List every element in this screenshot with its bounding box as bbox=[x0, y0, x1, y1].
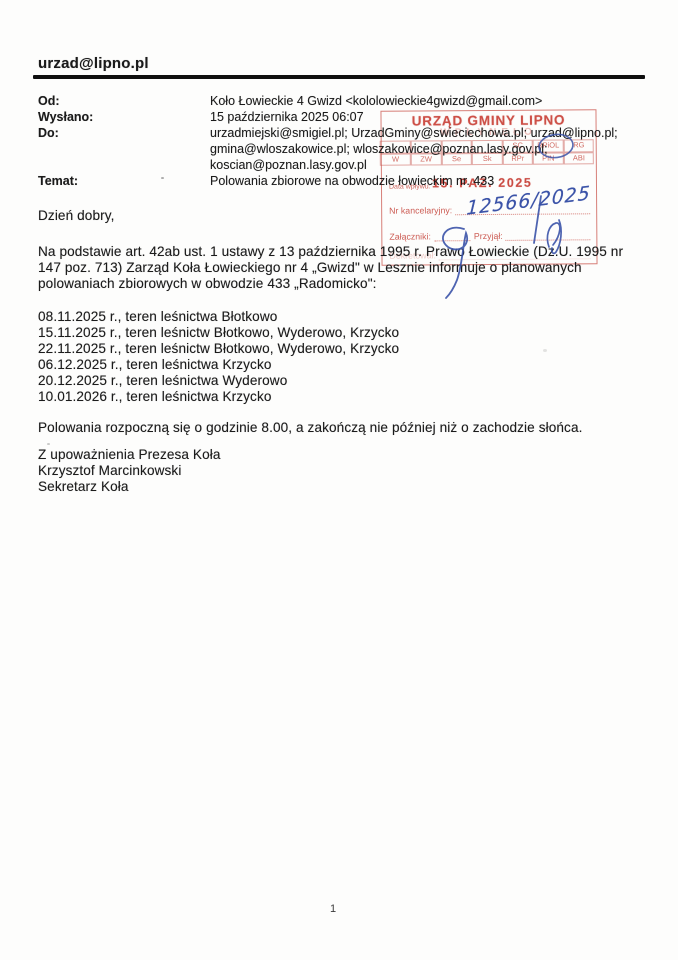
greeting: Dzień dobry, bbox=[38, 208, 115, 223]
subject-value: Polowania zbiorowe na obwodzie łowieckim… bbox=[210, 174, 494, 188]
subject-label: Temat: bbox=[38, 174, 78, 188]
to-value-line: urzadmiejski@smigiel.pl; UrzadGminy@swie… bbox=[210, 126, 618, 140]
paragraph-line: Na podstawie art. 42ab ust. 1 ustawy z 1… bbox=[38, 244, 623, 259]
stamp-dotted-line bbox=[506, 230, 591, 241]
hunt-date-line: 06.12.2025 r., teren leśnictwa Krzycko bbox=[38, 357, 272, 372]
stamp-table-cell: RG bbox=[563, 139, 594, 152]
to-value-line: koscian@poznan.lasy.gov.pl bbox=[210, 158, 367, 172]
scan-speck bbox=[543, 349, 547, 352]
scan-speck bbox=[161, 177, 164, 179]
stamp-table-cell: ABI bbox=[564, 152, 595, 165]
signature-line: Z upoważnienia Prezesa Koła bbox=[38, 447, 221, 462]
hunt-date-line: 20.12.2025 r., teren leśnictwa Wyderowo bbox=[38, 373, 287, 388]
closing-line: Polowania rozpoczną się o godzinie 8.00,… bbox=[38, 420, 582, 435]
page-number: 1 bbox=[330, 903, 336, 915]
from-value: Koło Łowieckie 4 Gwizd <kololowieckie4gw… bbox=[210, 94, 542, 108]
paragraph-line: polowaniach zbiorowych w obwodzie 433 „R… bbox=[38, 276, 377, 291]
signature-line: Krzysztof Marcinkowski bbox=[38, 463, 181, 478]
from-label: Od: bbox=[38, 94, 60, 108]
stamp-attachments-row: Załączniki: Przyjął: bbox=[389, 228, 590, 241]
scan-speck bbox=[47, 443, 50, 445]
stamp-registry-label: Nr kancelaryjny: bbox=[389, 205, 452, 215]
sender-address: urzad@lipno.pl bbox=[38, 55, 149, 72]
sent-value: 15 października 2025 06:07 bbox=[210, 110, 364, 124]
hunt-date-line: 08.11.2025 r., teren leśnictwa Błotkowo bbox=[38, 309, 277, 324]
to-label: Do: bbox=[38, 126, 59, 140]
signature-line: Sekretarz Koła bbox=[38, 479, 129, 494]
hunt-date-line: 22.11.2025 r., teren leśnictw Błotkowo, … bbox=[38, 341, 399, 356]
stamp-attachments-label: Załączniki: bbox=[389, 231, 431, 241]
stamp-dotted-line bbox=[434, 231, 470, 241]
paragraph-line: 147 poz. 713) Zarząd Koła Łowieckiego nr… bbox=[38, 260, 582, 275]
hunt-date-line: 10.01.2026 r., teren leśnictwa Krzycko bbox=[38, 389, 272, 404]
header-divider-rule bbox=[33, 75, 645, 79]
hunt-date-line: 15.11.2025 r., teren leśnictw Błotkowo, … bbox=[38, 325, 399, 340]
scanned-email-page: urzad@lipno.pl Od: Koło Łowieckie 4 Gwiz… bbox=[0, 0, 678, 960]
stamp-accepted-label: Przyjął: bbox=[474, 231, 503, 241]
to-value-line: gmina@wloszakowice.pl; wloszakowice@pozn… bbox=[210, 142, 548, 156]
sent-label: Wysłano: bbox=[38, 110, 93, 124]
